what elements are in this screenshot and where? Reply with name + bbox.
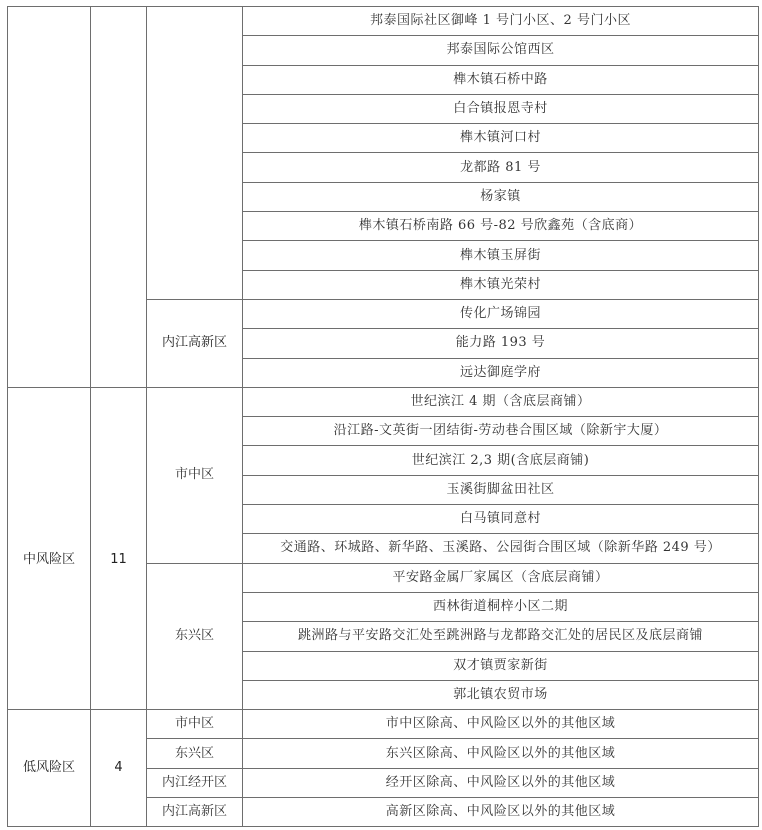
area-cell: 远达御庭学府 [243, 358, 759, 387]
area-cell: 世纪滨江 2,3 期(含底层商铺) [243, 446, 759, 475]
district-cell: 市中区 [147, 710, 243, 739]
district-cell: 东兴区 [147, 739, 243, 768]
risk-area-table: 邦泰国际社区御峰 1 号门小区、2 号门小区 邦泰国际公馆西区 榫木镇石桥中路 … [7, 6, 759, 827]
area-cell: 榫木镇河口村 [243, 124, 759, 153]
district-cell: 东兴区 [147, 563, 243, 709]
count-cell [91, 7, 147, 388]
area-cell: 经开区除高、中风险区以外的其他区域 [243, 768, 759, 797]
area-cell: 传化广场锦园 [243, 299, 759, 328]
area-cell: 东兴区除高、中风险区以外的其他区域 [243, 739, 759, 768]
area-cell: 沿江路-文英街一团结街-劳动巷合围区域（除新宇大厦） [243, 417, 759, 446]
area-cell: 白合镇报恩寺村 [243, 94, 759, 123]
area-cell: 榫木镇光荣村 [243, 270, 759, 299]
area-cell: 西林街道桐梓小区二期 [243, 592, 759, 621]
table-row: 中风险区 11 市中区 世纪滨江 4 期（含底层商铺） [8, 387, 759, 416]
area-cell: 双才镇贾家新街 [243, 651, 759, 680]
area-cell: 能力路 193 号 [243, 329, 759, 358]
area-cell: 榫木镇玉屏街 [243, 241, 759, 270]
count-label: 11 [91, 545, 146, 574]
area-cell: 市中区除高、中风险区以外的其他区域 [243, 710, 759, 739]
area-cell: 世纪滨江 4 期（含底层商铺） [243, 387, 759, 416]
area-cell: 龙都路 81 号 [243, 153, 759, 182]
area-cell: 榫木镇石桥南路 66 号-82 号欣鑫苑（含底商） [243, 212, 759, 241]
risk-level-label: 中风险区 [8, 545, 90, 574]
district-cell: 内江高新区 [147, 798, 243, 827]
area-cell: 平安路金属厂家属区（含底层商铺） [243, 563, 759, 592]
area-cell: 玉溪街脚盆田社区 [243, 475, 759, 504]
area-cell: 邦泰国际公馆西区 [243, 36, 759, 65]
risk-level-cell: 低风险区 [8, 710, 91, 827]
district-cell: 市中区 [147, 387, 243, 563]
district-cell: 内江高新区 [147, 299, 243, 387]
area-cell: 白马镇同意村 [243, 505, 759, 534]
area-cell: 榫木镇石桥中路 [243, 65, 759, 94]
area-cell: 跳洲路与平安路交汇处至跳洲路与龙都路交汇处的居民区及底层商铺 [243, 622, 759, 651]
risk-level-cell: 中风险区 [8, 387, 91, 709]
area-cell: 杨家镇 [243, 182, 759, 211]
count-cell: 11 [91, 387, 147, 709]
area-cell: 邦泰国际社区御峰 1 号门小区、2 号门小区 [243, 7, 759, 36]
table-row: 低风险区 4 市中区 市中区除高、中风险区以外的其他区域 [8, 710, 759, 739]
district-cell: 内江经开区 [147, 768, 243, 797]
table-row: 邦泰国际社区御峰 1 号门小区、2 号门小区 [8, 7, 759, 36]
area-cell: 交通路、环城路、新华路、玉溪路、公园街合围区域（除新华路 249 号） [243, 534, 759, 563]
risk-level-cell [8, 7, 91, 388]
area-cell: 高新区除高、中风险区以外的其他区域 [243, 798, 759, 827]
count-cell: 4 [91, 710, 147, 827]
district-cell [147, 7, 243, 300]
area-cell: 郭北镇农贸市场 [243, 680, 759, 709]
